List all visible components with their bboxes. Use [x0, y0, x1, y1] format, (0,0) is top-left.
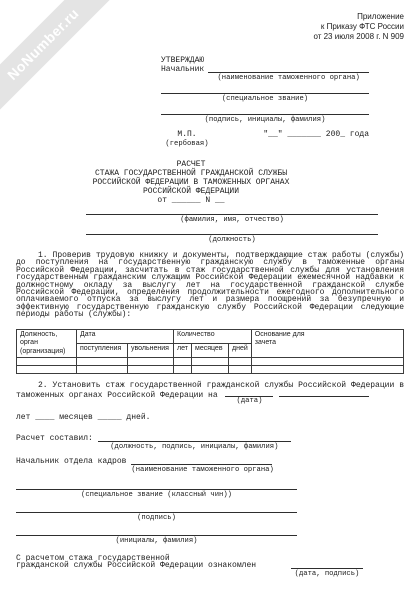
title-line-4: РОССИЙСКОЙ ФЕДЕРАЦИИ [16, 187, 366, 196]
table-cell [77, 358, 128, 366]
rank-caption: (специальное звание) [161, 95, 369, 103]
hr-signature-blank-line [16, 505, 297, 513]
title-line-3: РОССИЙСКОЙ ФЕДЕРАЦИИ В ТАМОЖЕННЫХ ОРГАНА… [16, 178, 366, 187]
title-line-2: СТАЖА ГОСУДАРСТВЕННОЙ ГРАЖДАНСКОЙ СЛУЖБЫ [16, 169, 366, 178]
hr-signature-caption: (подпись) [16, 514, 297, 522]
acknowledgement-text: С расчетом стажа государственной граждан… [16, 555, 256, 570]
calculated-by-row: Расчет составил: (должность, подпись, ин… [16, 434, 404, 451]
table-cell [17, 366, 77, 374]
table-row [17, 366, 404, 374]
hr-chief-org-blank-line [131, 457, 272, 465]
table-cell [128, 366, 174, 374]
hr-chief-row: Начальник отдела кадров (наименование та… [16, 457, 404, 474]
document-page: NoNumber.ru Приложение к Приказу ФТС Рос… [0, 0, 420, 600]
seal-date-row: М.П. (гербовая) "__" _______ 200_ года [161, 130, 369, 148]
calculated-by-field: (должность, подпись, инициалы, фамилия) [98, 434, 291, 451]
table-header-row-1: Должность, орган (организация) Дата Коли… [17, 329, 404, 343]
approval-date-blank: "__" _______ 200_ года [263, 130, 369, 148]
hr-name-field: (инициалы, фамилия) [16, 528, 297, 545]
acknowledgement-sign-field: (дата, подпись) [291, 561, 363, 578]
calculated-by-caption: (должность, подпись, инициалы, фамилия) [98, 443, 291, 451]
acknowledgement-blank-line [291, 561, 363, 569]
hr-rank-caption: (специальное звание (классный чин)) [16, 491, 297, 499]
signature-blank-line [161, 107, 369, 115]
duration-line: лет ____ месяцев _____ дней. [16, 413, 404, 422]
title-line-1: РАСЧЕТ [16, 160, 366, 169]
position-caption: (должность) [86, 236, 378, 244]
table-row [17, 358, 404, 366]
document-title: РАСЧЕТ СТАЖА ГОСУДАРСТВЕННОЙ ГРАЖДАНСКОЙ… [16, 160, 366, 205]
hr-chief-org-field: (наименование таможенного органа) [131, 457, 272, 474]
table-cell [17, 358, 77, 366]
col-header-position: Должность, орган (организация) [17, 329, 77, 358]
service-years-blank-line [279, 390, 369, 397]
rank-blank-line [161, 86, 369, 94]
seal-caption: (гербовая) [161, 140, 213, 148]
hr-rank-blank-line [16, 482, 297, 490]
col-header-months: месяцев [192, 343, 229, 357]
hr-name-caption: (инициалы, фамилия) [16, 537, 297, 545]
hr-signature-field: (подпись) [16, 505, 297, 522]
service-periods-table: Должность, орган (организация) Дата Коли… [16, 329, 404, 375]
chief-label: Начальник [161, 65, 204, 82]
table-cell [174, 366, 192, 374]
title-date-number-blank: от ______ N __ [16, 196, 366, 205]
rank-field: (специальное звание) [161, 86, 369, 103]
table-cell [229, 358, 252, 366]
acknowledgement-caption: (дата, подпись) [291, 570, 363, 578]
table-cell [174, 358, 192, 366]
service-date-caption: (дата) [225, 398, 273, 405]
hr-name-blank-line [16, 528, 297, 536]
col-header-years: лет [174, 343, 192, 357]
acknowledgement-block: С расчетом стажа государственной граждан… [16, 553, 404, 570]
table-cell [251, 366, 403, 374]
approval-block: УТВЕРЖДАЮ Начальник (наименование таможе… [161, 56, 369, 148]
hr-chief-org-caption: (наименование таможенного органа) [131, 466, 272, 474]
employee-position-field: (должность) [86, 227, 378, 244]
col-header-quantity-group: Количество [174, 329, 252, 343]
table-cell [192, 358, 229, 366]
fio-blank-line [86, 207, 378, 215]
employee-fio-field: (фамилия, имя, отчество) [86, 207, 378, 224]
signature-field: (подпись, инициалы, фамилия) [161, 107, 369, 124]
seal-label: М.П. [177, 130, 196, 139]
calculated-by-label: Расчет составил: [16, 434, 93, 451]
col-header-date-start: поступления [77, 343, 128, 357]
table-cell [192, 366, 229, 374]
hr-rank-field: (специальное звание (классный чин)) [16, 482, 297, 499]
table-cell [77, 366, 128, 374]
org-name-caption: (наименование таможенного органа) [208, 74, 369, 82]
table-cell [251, 358, 403, 366]
acknowledgement-line-2: гражданской службы Российской Федерации … [16, 562, 256, 570]
fio-caption: (фамилия, имя, отчество) [86, 216, 378, 224]
service-date-field: (дата) [225, 390, 273, 397]
col-header-date-end: увольнения [128, 343, 174, 357]
table-cell [229, 366, 252, 374]
table-cell [128, 358, 174, 366]
col-header-date-group: Дата [77, 329, 174, 343]
chief-signature-row: Начальник (наименование таможенного орга… [161, 65, 369, 82]
org-name-blank-line [208, 65, 369, 73]
clause-2-paragraph: 2. Установить стаж государственной гражд… [16, 382, 404, 399]
signature-caption: (подпись, инициалы, фамилия) [161, 116, 369, 124]
col-header-days: дней [229, 343, 252, 357]
col-header-basis: Основание для зачета [251, 329, 403, 358]
clause-1-paragraph: 1. Проверив трудовую книжку и документы,… [16, 252, 404, 319]
calculated-by-blank-line [98, 434, 291, 442]
seal-block: М.П. (гербовая) [161, 130, 213, 148]
hr-chief-label: Начальник отдела кадров [16, 457, 126, 474]
org-name-field: (наименование таможенного органа) [208, 65, 369, 82]
approve-label: УТВЕРЖДАЮ [161, 56, 369, 65]
document-content: Приложение к Приказу ФТС России от 23 ию… [0, 0, 420, 570]
position-blank-line [86, 227, 378, 235]
